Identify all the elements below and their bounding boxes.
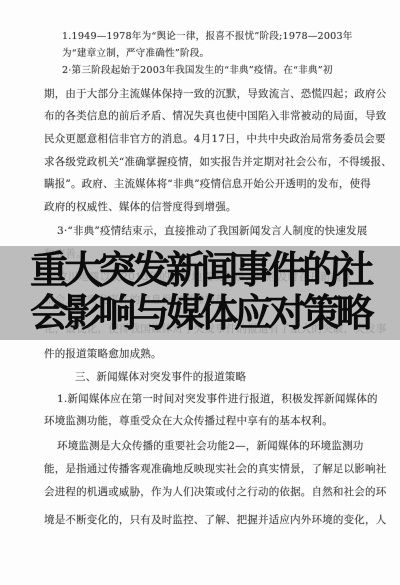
text-line: 2·第三阶段起始于2003年我国发生的“非典”疫情。在“非典”初: [62, 65, 333, 76]
text-line: 布的各类信息的前后矛盾、情况失真也使中国陷入非常被动的局面，导致: [44, 110, 386, 122]
text-line: 境是不断变化的，只有及时监控、了解、把握并适应内外环境的变化，人: [44, 514, 386, 526]
text-line: 为“建章立制，严守准确性”阶段。: [62, 48, 209, 59]
headline-line-1: 重大突发新闻事件的社: [0, 249, 400, 292]
text-line: 能，是指通过传播客观准确地反映现实社会的真实情景，了解足以影响社: [44, 463, 386, 475]
text-line: 1.1949—1978年为“舆论一律，报喜不报忧”阶段;1978—2003年: [62, 31, 353, 42]
text-line: 会进程的机遇或威胁，作为人们决策或付之行动的依据。自然和社会的环: [44, 486, 386, 498]
text-line: 3·“非典”疫情结束示，直接推动了我国新闻发言人制度的快速发展: [57, 225, 367, 237]
text-line: 政府的权威性、媒体的信誉度得到增强。: [44, 201, 237, 213]
text-line: 期，由于大部分主流媒体保持一致的沉默，导致流言、恐慌四起；政府公: [44, 88, 386, 100]
text-line: 件的报道策略愈加成熟。: [44, 348, 162, 360]
text-line: 民众更愿意相信非官方的消息。4月17日，中共中央政治局常务委员会要: [44, 133, 386, 145]
text-line: 求各级党政机关“准确掌握疫情，如实报告并定期对社会公布，不得缓报、: [44, 156, 392, 168]
headline-overlay-band: 重大突发新闻事件的社 会影响与媒体应对策略: [0, 246, 400, 340]
text-line: 环境监测是大众传播的重要社会功能2—，新闻媒体的环境监测功: [57, 440, 363, 452]
section-heading: 三、新闻媒体对突发事件的报道策略: [75, 371, 246, 383]
text-line: 环境监测功能，尊重受众在大众传播过程中享有的基本权利。: [44, 415, 333, 427]
text-line: 1.新闻媒体应在第一时间对突发事件进行报道，积极发挥新闻媒体的: [57, 393, 378, 405]
headline-line-2: 会影响与媒体应对策略: [0, 292, 400, 335]
text-line: 瞒报”。政府、主流媒体将“非典”疫情信息开始公开透明的发布，使得: [44, 178, 371, 190]
scanned-document-page: 1.1949—1978年为“舆论一律，报喜不报忧”阶段;1978—2003年 为…: [0, 0, 400, 585]
